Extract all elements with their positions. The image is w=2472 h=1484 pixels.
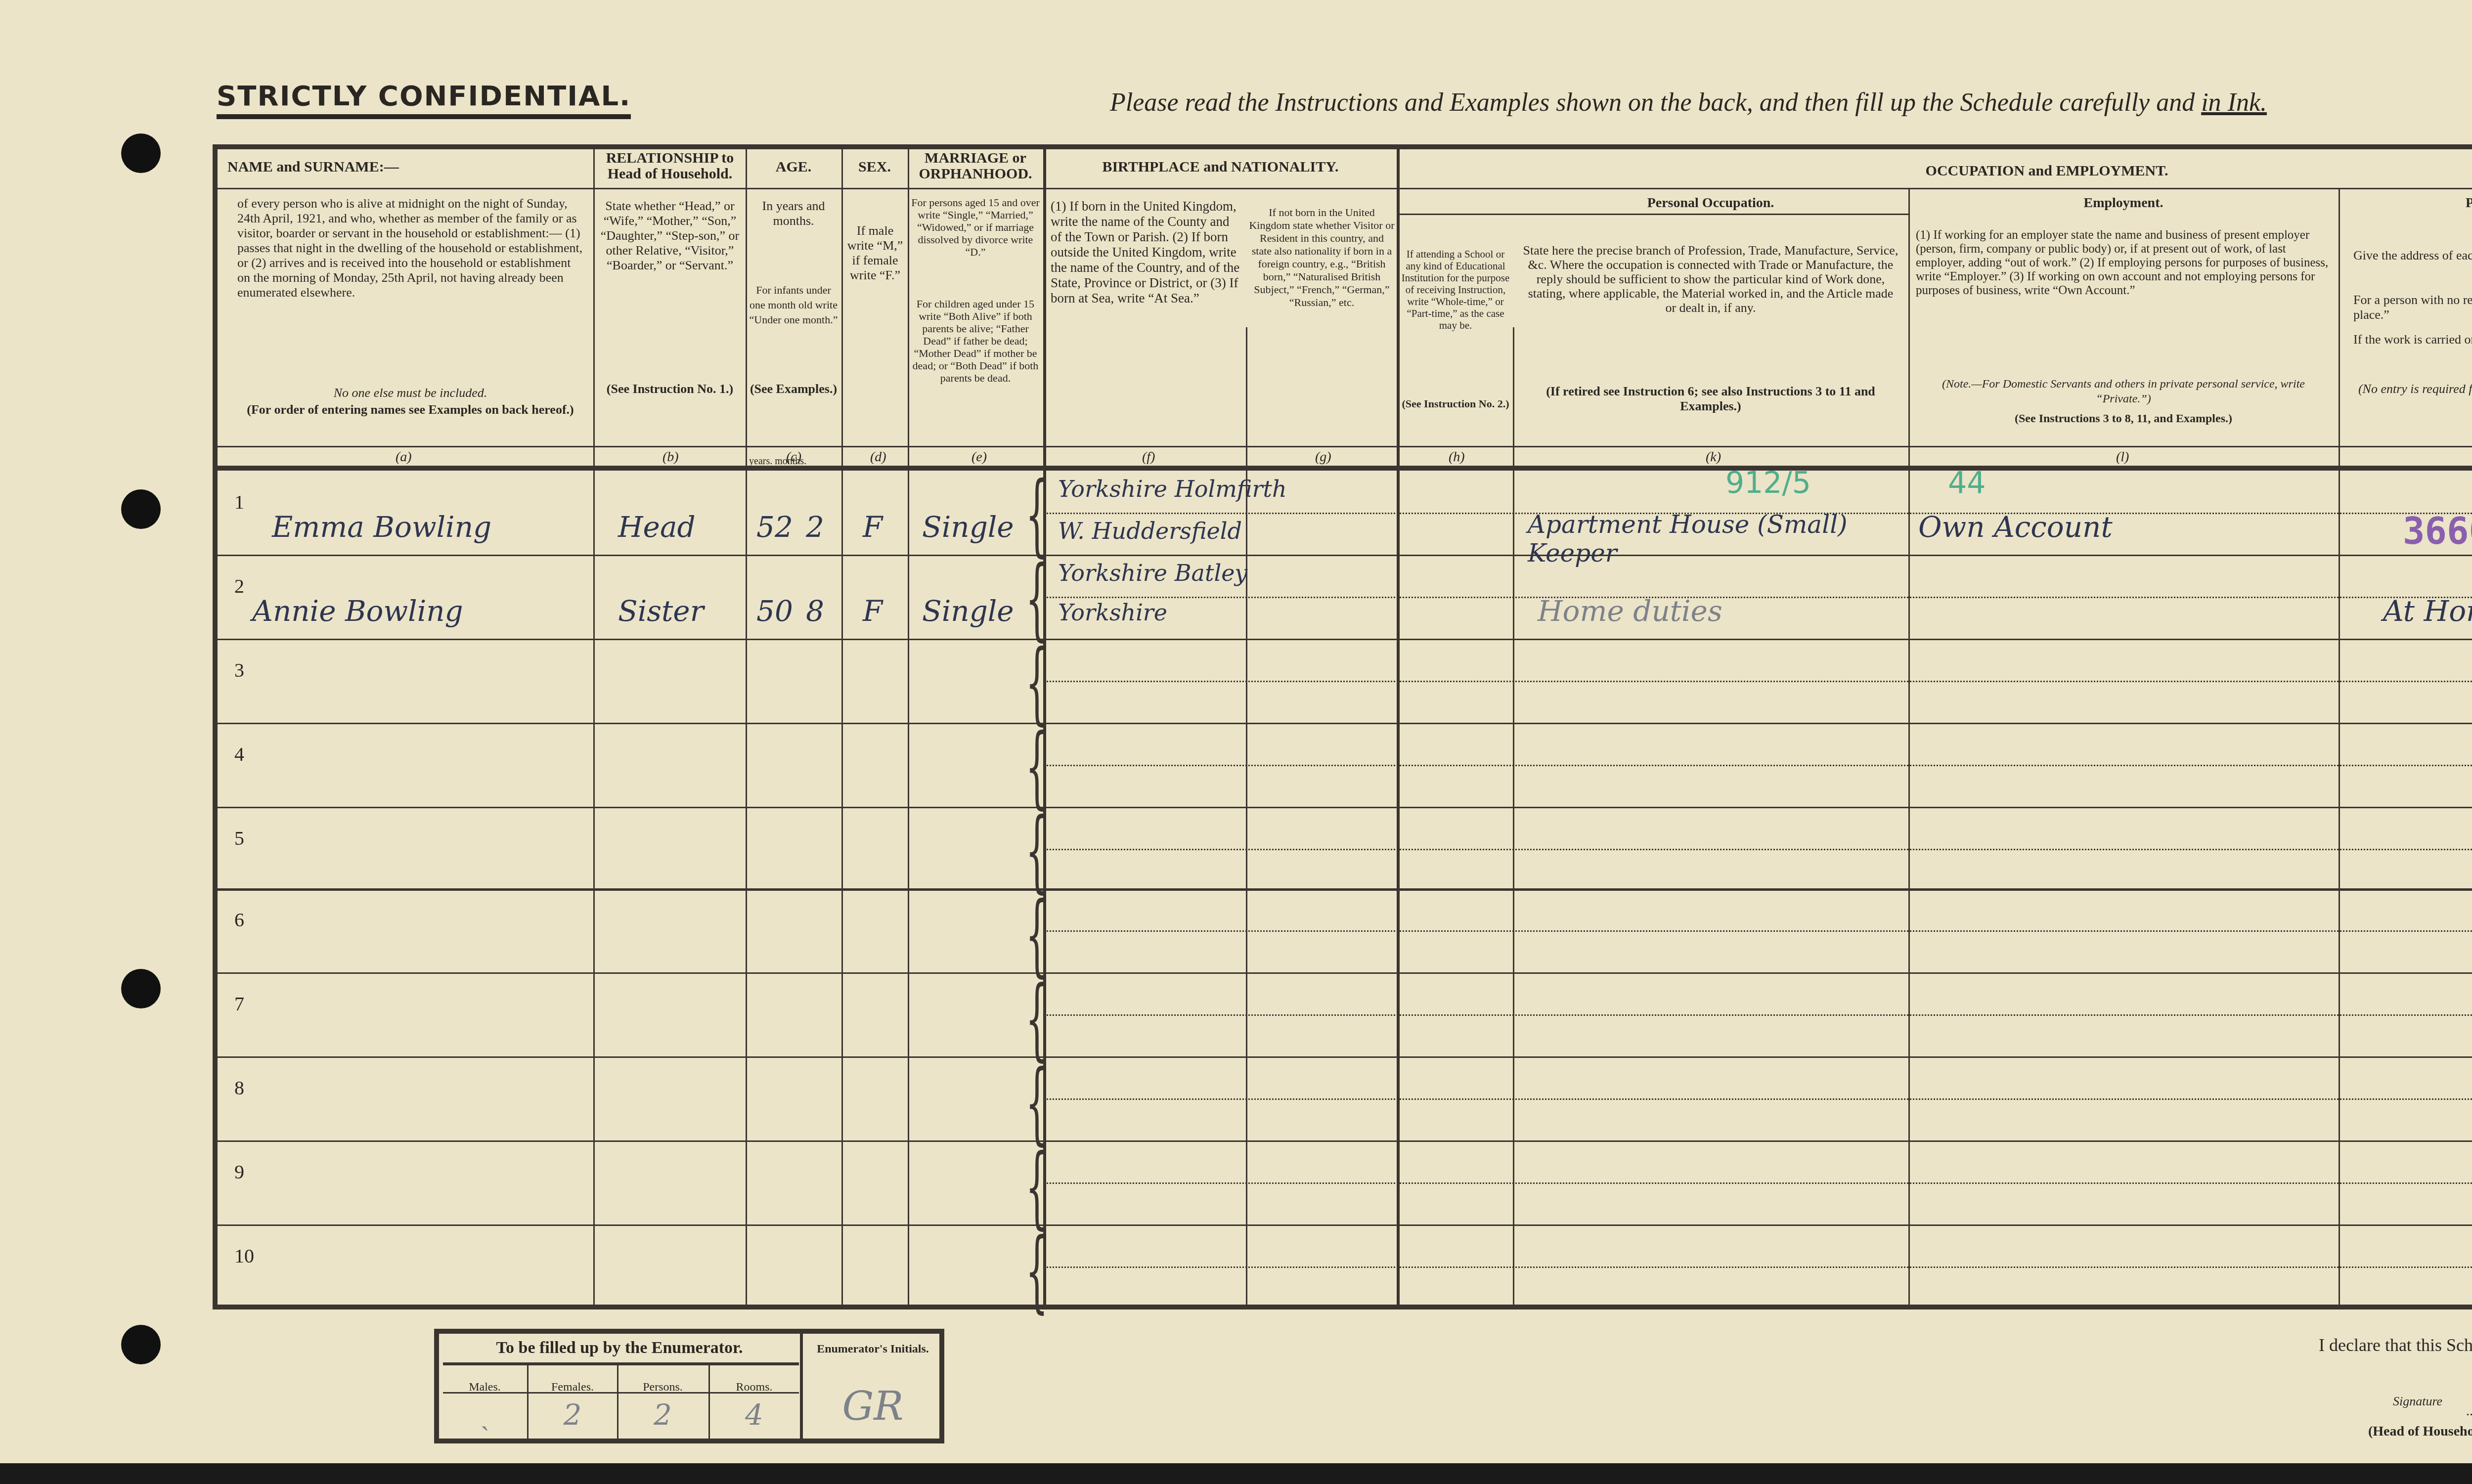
col-letter-k: (k) [1706, 449, 1721, 465]
row-number: 8 [234, 1076, 244, 1099]
birthplace-line1[interactable]: Yorkshire Holmfirth [1058, 476, 1287, 502]
sub-row-divider [1044, 765, 2472, 766]
months-label: months. [775, 456, 806, 467]
occupation-value[interactable]: Apartment House (Small) Keeper [1528, 510, 1913, 567]
at-home-instructions: If the work is carried on mainly at home… [2353, 332, 2472, 347]
col-divider [746, 149, 747, 1305]
header-sex: SEX. [843, 159, 906, 175]
punch-hole [121, 133, 161, 173]
relationship-note: (See Instruction No. 1.) [598, 382, 742, 396]
birthplace-line1[interactable]: Yorkshire Batley [1058, 560, 1247, 586]
sex-value[interactable]: F [863, 510, 883, 544]
row-number: 5 [234, 827, 244, 850]
persons-label: Persons. [619, 1381, 706, 1394]
row-divider [218, 723, 2472, 724]
place-of-work-note: (No entry is required for any person who… [2353, 382, 2472, 411]
marriage-value[interactable]: Single [922, 510, 1014, 544]
persons-value[interactable]: 2 [619, 1398, 706, 1432]
brace-icon: { [1025, 975, 1048, 1064]
relationship-instructions: State whether “Head,” or “Wife,” “Mother… [598, 199, 742, 273]
females-label: Females. [530, 1381, 615, 1394]
orphanhood-instructions: For children aged under 15 write “Both A… [911, 298, 1040, 384]
row-divider [218, 1056, 2472, 1058]
education-instructions: If attending a School or any kind of Edu… [1400, 248, 1511, 331]
age-instructions: In years and months. [749, 199, 838, 228]
punch-hole [121, 1325, 161, 1364]
name-order-note: (For order of entering names see Example… [237, 402, 583, 417]
females-value[interactable]: 2 [530, 1398, 615, 1432]
instruction-text: Please read the Instructions and Example… [1110, 88, 2195, 117]
col-divider [1908, 188, 1910, 1305]
punch-hole [121, 489, 161, 529]
col-letter-h: (h) [1449, 449, 1465, 465]
signature-line [2467, 1414, 2472, 1415]
col-divider [1513, 327, 1514, 1305]
row-divider [218, 446, 2472, 447]
name-note: No one else must be included. [237, 386, 583, 400]
initials-value[interactable]: GR [805, 1383, 941, 1429]
stamp-value: 3660-0 [2403, 510, 2472, 553]
employment-note: (Note.—For Domestic Servants and others … [1916, 377, 2331, 406]
brace-icon: { [1025, 1143, 1048, 1232]
row-divider [218, 888, 2472, 891]
header-personal-occupation: Personal Occupation. [1515, 195, 1906, 211]
name-instructions: of every person who is alive at midnight… [237, 196, 583, 300]
years-label: years. [749, 456, 772, 467]
initials-label: Enumerator's Initials. [805, 1343, 941, 1356]
row-number: 7 [234, 992, 244, 1015]
col-divider [593, 149, 595, 1305]
employment-instructions: (1) If working for an employer state the… [1916, 228, 2331, 298]
confidential-title: STRICTLY CONFIDENTIAL. [217, 80, 631, 119]
marriage-value[interactable]: Single [922, 594, 1014, 628]
row-number: 6 [234, 908, 244, 931]
row-divider [218, 972, 2472, 974]
person-name[interactable]: Emma Bowling [272, 510, 491, 544]
punch-hole [121, 969, 161, 1008]
marriage-instructions: For persons aged 15 and over write “Sing… [911, 196, 1040, 258]
rooms-label: Rooms. [711, 1381, 797, 1394]
row-divider [218, 188, 1043, 189]
schedule-table: NAME and SURNAME:— of every person who i… [213, 144, 2472, 1309]
col-letter-g: (g) [1315, 449, 1331, 465]
relationship-value[interactable]: Sister [618, 594, 704, 628]
col-letter-a: (a) [396, 449, 412, 465]
age-months-value[interactable]: 2 [806, 510, 824, 544]
employment-reference: (See Instructions 3 to 8, 11, and Exampl… [1916, 411, 2331, 426]
sub-row-divider [1044, 930, 2472, 932]
birthplace-instructions: (1) If born in the United Kingdom, write… [1051, 199, 1241, 306]
education-note: (See Instruction No. 2.) [1400, 396, 1511, 411]
nationality-instructions: If not born in the United Kingdom state … [1249, 206, 1395, 309]
row-divider [1397, 188, 2472, 189]
brace-icon: { [1025, 471, 1048, 560]
brace-icon: { [1025, 891, 1048, 980]
row-number: 4 [234, 742, 244, 766]
occupation-instructions: State here the precise branch of Profess… [1523, 243, 1898, 315]
row-divider [1043, 188, 1397, 189]
signature-note: (Head of Household, Manager of Establish… [2368, 1424, 2472, 1440]
instruction-banner: Please read the Instructions and Example… [1110, 88, 2267, 117]
header-relationship: RELATIONSHIP to Head of Household. [596, 150, 744, 182]
occupation-note: (If retired see Instruction 6; see also … [1523, 384, 1898, 414]
scan-border [0, 1463, 2472, 1484]
row-divider [218, 1140, 2472, 1142]
sex-value[interactable]: F [863, 594, 883, 628]
sub-row-divider [1044, 681, 2472, 682]
instruction-emphasis: in Ink. [2201, 88, 2267, 117]
divider [527, 1365, 529, 1439]
age-infant-note: For infants under one month old write “U… [749, 283, 838, 327]
place-of-work-instructions: Give the address of each person's place … [2353, 248, 2472, 263]
relationship-value[interactable]: Head [618, 510, 696, 544]
males-label: Males. [444, 1381, 526, 1394]
brace-icon: { [1025, 555, 1048, 644]
age-years-value[interactable]: 52 [756, 510, 793, 544]
person-name[interactable]: Annie Bowling [252, 594, 463, 628]
age-note: (See Examples.) [749, 382, 838, 396]
brace-icon: { [1025, 1059, 1048, 1148]
col-divider [841, 149, 843, 1305]
header-employment: Employment. [1911, 195, 2336, 211]
place-of-work-value[interactable]: At Home. [2383, 594, 2472, 628]
divider [443, 1362, 799, 1365]
row-number: 10 [234, 1244, 254, 1267]
age-months-value[interactable]: 8 [806, 594, 824, 628]
employment-value[interactable]: Own Account [1918, 510, 2113, 544]
sub-row-divider [1044, 1266, 2472, 1268]
row-number: 1 [234, 490, 244, 514]
census-schedule-page: STRICTLY CONFIDENTIAL. Please read the I… [0, 0, 2472, 1463]
no-fixed-place-instructions: For a person with no regular place of wo… [2353, 293, 2472, 322]
males-value[interactable]: ˎ [444, 1398, 526, 1432]
occupation-value[interactable]: Home duties [1538, 594, 1722, 628]
row-divider [218, 807, 2472, 808]
rooms-value[interactable]: 4 [711, 1398, 797, 1432]
divider [800, 1334, 803, 1439]
row-number: 3 [234, 658, 244, 682]
row-number: 9 [234, 1160, 244, 1183]
age-years-value[interactable]: 50 [756, 594, 793, 628]
col-divider [2339, 188, 2340, 1305]
col-letter-l: (l) [2116, 449, 2129, 465]
birthplace-line2[interactable]: W. Huddersfield [1058, 518, 1242, 544]
row-divider [218, 639, 2472, 640]
row-divider [218, 1224, 2472, 1226]
col-divider [1246, 327, 1247, 1305]
sub-row-divider [1044, 1014, 2472, 1016]
occupation-code: 912/5 [1725, 466, 1811, 500]
row-number: 2 [234, 574, 244, 598]
header-bottom-rule [218, 466, 2472, 471]
header-marriage: MARRIAGE or ORPHANHOOD. [910, 150, 1041, 182]
sub-row-divider [1044, 597, 2472, 598]
row-divider [1397, 214, 1908, 215]
col-letter-f: (f) [1142, 449, 1155, 465]
header-age: AGE. [748, 159, 839, 175]
col-divider [908, 149, 909, 1305]
brace-icon: { [1025, 723, 1048, 812]
signature-label: Signature [2393, 1394, 2442, 1409]
sub-row-divider [1044, 849, 2472, 850]
classification-stamp: 3660-05 [2403, 510, 2472, 553]
col-divider [1397, 149, 1400, 1305]
col-letter-d: (d) [870, 449, 886, 465]
header-birthplace: BIRTHPLACE and NATIONALITY. [1046, 159, 1395, 175]
brace-icon: { [1025, 807, 1048, 896]
header-place-of-work: Place of Work. [2341, 195, 2472, 211]
sex-instructions: If male write “M,” if female write “F.” [845, 223, 905, 283]
enumerator-totals-box: To be filled up by the Enumerator. Males… [434, 1329, 944, 1443]
divider [708, 1365, 710, 1439]
brace-icon: { [1025, 639, 1048, 728]
employment-code: 44 [1948, 466, 1986, 500]
header-occupation-employment: OCCUPATION and EMPLOYMENT. [1800, 163, 2294, 179]
col-letter-b: (b) [662, 449, 679, 465]
brace-icon: { [1025, 1227, 1048, 1316]
declaration-text: I declare that this Schedule is correctl… [2319, 1335, 2472, 1355]
row-divider [218, 555, 2472, 556]
sub-row-divider [1044, 1182, 2472, 1184]
birthplace-line2[interactable]: Yorkshire [1058, 599, 1167, 626]
age-subheader: years. months. [749, 456, 806, 467]
header-name-surname: NAME and SURNAME:— [227, 159, 425, 175]
col-letter-e: (e) [971, 449, 987, 465]
enumerator-box-title: To be filled up by the Enumerator. [439, 1339, 800, 1357]
sub-row-divider [1044, 1098, 2472, 1100]
divider [617, 1365, 618, 1439]
